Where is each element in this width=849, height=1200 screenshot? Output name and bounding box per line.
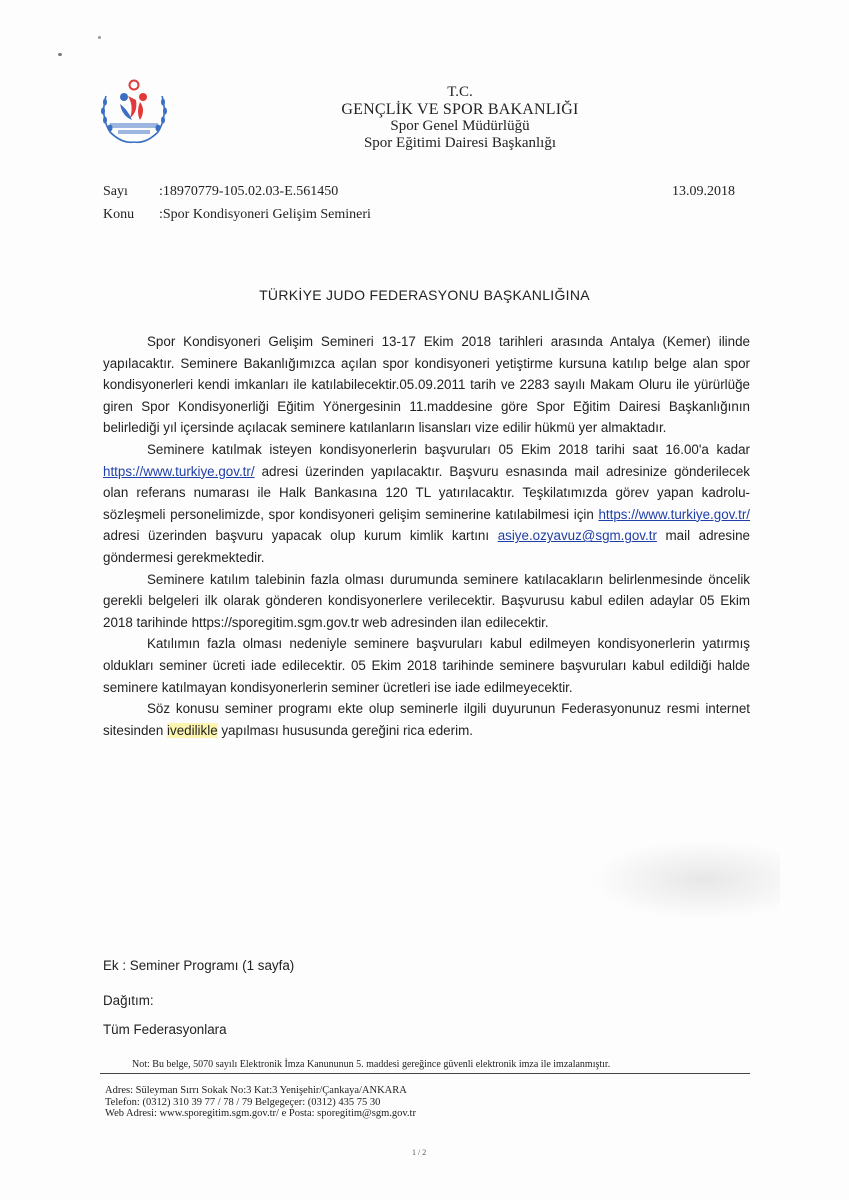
turkiye-link-2[interactable]: https://www.turkiye.gov.tr/ — [598, 507, 750, 522]
e-signature-note: Not: Bu belge, 5070 sayılı Elektronik İm… — [132, 1059, 610, 1070]
meta-sayi: Sayı:18970779-105.02.03-E.561450 — [103, 184, 338, 200]
footer-address: Adres: Süleyman Sırrı Sokak No:3 Kat:3 Y… — [105, 1085, 416, 1097]
text: Seminere katılmak isteyen kondisyonerler… — [147, 442, 750, 457]
document-date: 13.09.2018 — [672, 184, 735, 200]
distribution-label: Dağıtım: — [103, 993, 154, 1008]
text: yapılması hususunda gereğini rica ederim… — [218, 723, 473, 738]
letterhead-ministry: GENÇLİK VE SPOR BAKANLIĞI — [260, 101, 660, 118]
konu-value: :Spor Kondisyoneri Gelişim Semineri — [159, 207, 371, 222]
page-number: 1 / 2 — [412, 1148, 426, 1157]
paragraph-3: Seminere katılım talebinin fazla olması … — [103, 569, 750, 634]
text: adresi üzerinden başvuru yapacak olup ku… — [103, 528, 498, 543]
letterhead-department: Spor Eğitimi Dairesi Başkanlığı — [260, 135, 660, 152]
ministry-seal-icon — [96, 76, 172, 146]
letterhead-directorate: Spor Genel Müdürlüğü — [260, 118, 660, 135]
sayi-label: Sayı — [103, 184, 159, 200]
letterhead: T.C. GENÇLİK VE SPOR BAKANLIĞI Spor Gene… — [260, 84, 660, 152]
email-link[interactable]: asiye.ozyavuz@sgm.gov.tr — [498, 528, 657, 543]
distribution-value: Tüm Federasyonlara — [103, 1022, 227, 1037]
meta-konu: Konu:Spor Kondisyoneri Gelişim Semineri — [103, 207, 371, 223]
turkiye-link-1[interactable]: https://www.turkiye.gov.tr/ — [103, 464, 255, 479]
letterhead-line1: T.C. — [260, 84, 660, 101]
footer: Adres: Süleyman Sırrı Sokak No:3 Kat:3 Y… — [105, 1085, 416, 1120]
footer-divider — [100, 1073, 750, 1074]
attachment-line: Ek : Seminer Programı (1 sayfa) — [103, 958, 294, 973]
redacted-signature — [590, 840, 780, 920]
paragraph-2: Seminere katılmak isteyen kondisyonerler… — [103, 439, 750, 569]
footer-phone: Telefon: (0312) 310 39 77 / 78 / 79 Belg… — [105, 1097, 416, 1109]
paragraph-4: Katılımın fazla olması nedeniyle seminer… — [103, 633, 750, 698]
footer-web: Web Adresi: www.sporegitim.sgm.gov.tr/ e… — [105, 1108, 416, 1120]
highlighted-word: ivedilikle — [167, 723, 218, 738]
scan-speck — [58, 53, 62, 56]
paragraph-5: Söz konusu seminer programı ekte olup se… — [103, 698, 750, 741]
konu-label: Konu — [103, 207, 159, 223]
sayi-value: :18970779-105.02.03-E.561450 — [159, 184, 338, 199]
scan-speck — [98, 36, 101, 39]
paragraph-1: Spor Kondisyoneri Gelişim Semineri 13-17… — [103, 331, 750, 439]
addressee: TÜRKİYE JUDO FEDERASYONU BAŞKANLIĞINA — [0, 287, 849, 303]
letter-body: Spor Kondisyoneri Gelişim Semineri 13-17… — [103, 331, 750, 741]
document-page: T.C. GENÇLİK VE SPOR BAKANLIĞI Spor Gene… — [0, 0, 849, 1200]
